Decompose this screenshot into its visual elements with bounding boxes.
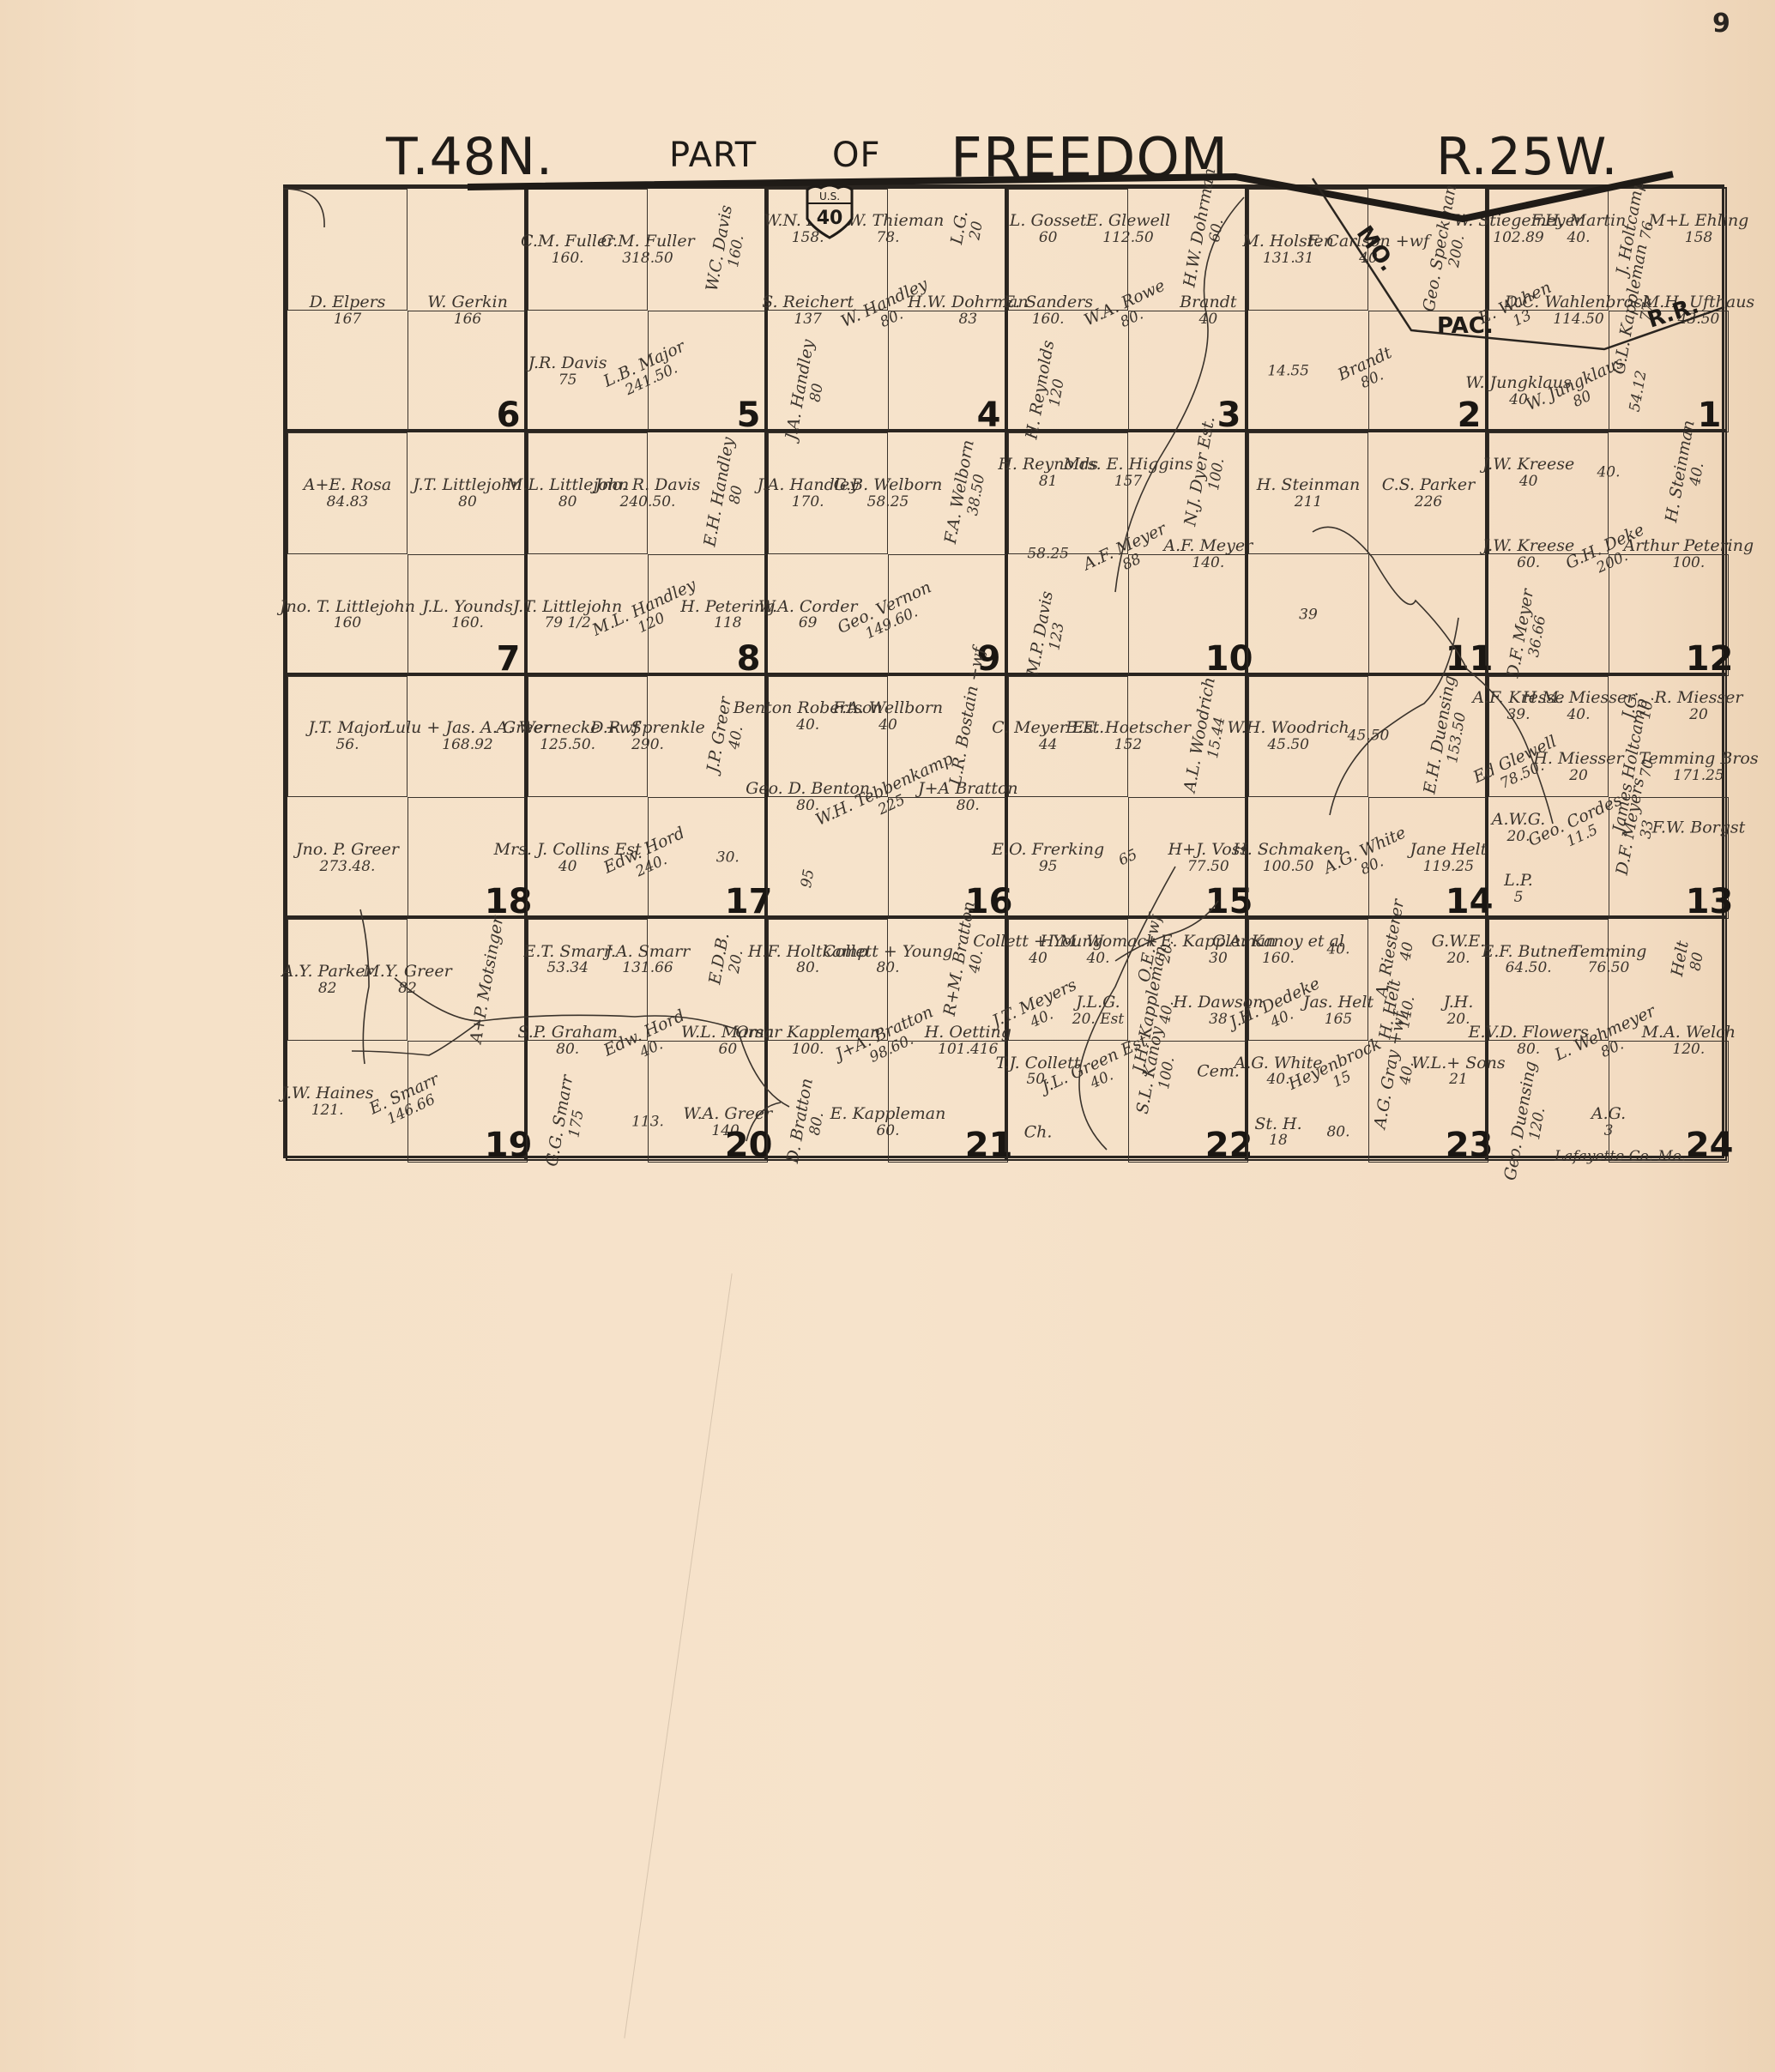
roads-and-railroad — [0, 0, 1775, 1201]
paper-crease — [624, 1273, 732, 2038]
county-label: Lafayette Co. Mo. — [1555, 1148, 1686, 1165]
railroad-label-pac: PAC. — [1437, 313, 1494, 339]
